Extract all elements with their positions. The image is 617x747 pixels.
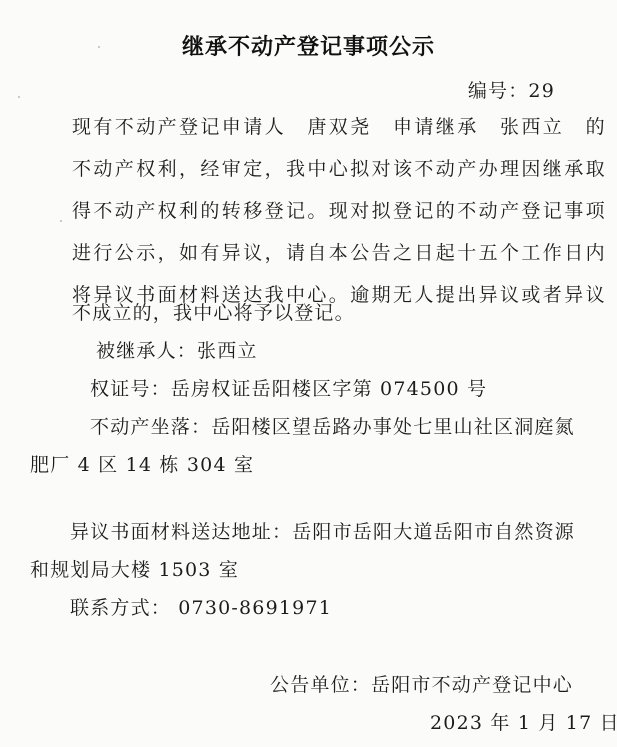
document-title: 继承不动产登记事项公示 [0,30,617,61]
body-line-3: 得不动产权利的转移登记。现对拟登记的不动产登记事项 [72,196,607,223]
decedent-line: 被继承人：张西立 [96,336,258,363]
scan-speck [18,96,20,98]
body-line-2: 不动产权利，经审定，我中心拟对该不动产办理因继承取 [72,154,607,181]
date-line: 2023 年 1 月 17 日 [430,708,617,735]
objection-address-line-1: 异议书面材料送达地址：岳阳市岳阳大道岳阳市自然资源 [70,517,575,544]
scan-speck [98,46,100,48]
body-line-6: 不成立的，我中心将予以登记。 [72,298,355,325]
body-line-4: 进行公示，如有异议，请自本公告之日起十五个工作日内 [72,238,607,265]
location-line-1: 不动产坐落：岳阳楼区望岳路办事处七里山社区洞庭氮 [90,412,575,439]
document-number: 编号：29 [468,76,555,103]
location-line-2: 肥厂 4 区 14 栋 304 室 [30,450,254,477]
objection-address-line-2: 和规划局大楼 1503 室 [30,555,239,582]
body-line-1: 现有不动产登记申请人 唐双尧 申请继承 张西立 的 [72,112,607,139]
issuer-line: 公告单位：岳阳市不动产登记中心 [270,670,573,697]
contact-line: 联系方式： 0730-8691971 [70,593,332,620]
scan-speck [60,220,62,222]
certificate-line: 权证号：岳房权证岳阳楼区字第 074500 号 [90,374,487,401]
